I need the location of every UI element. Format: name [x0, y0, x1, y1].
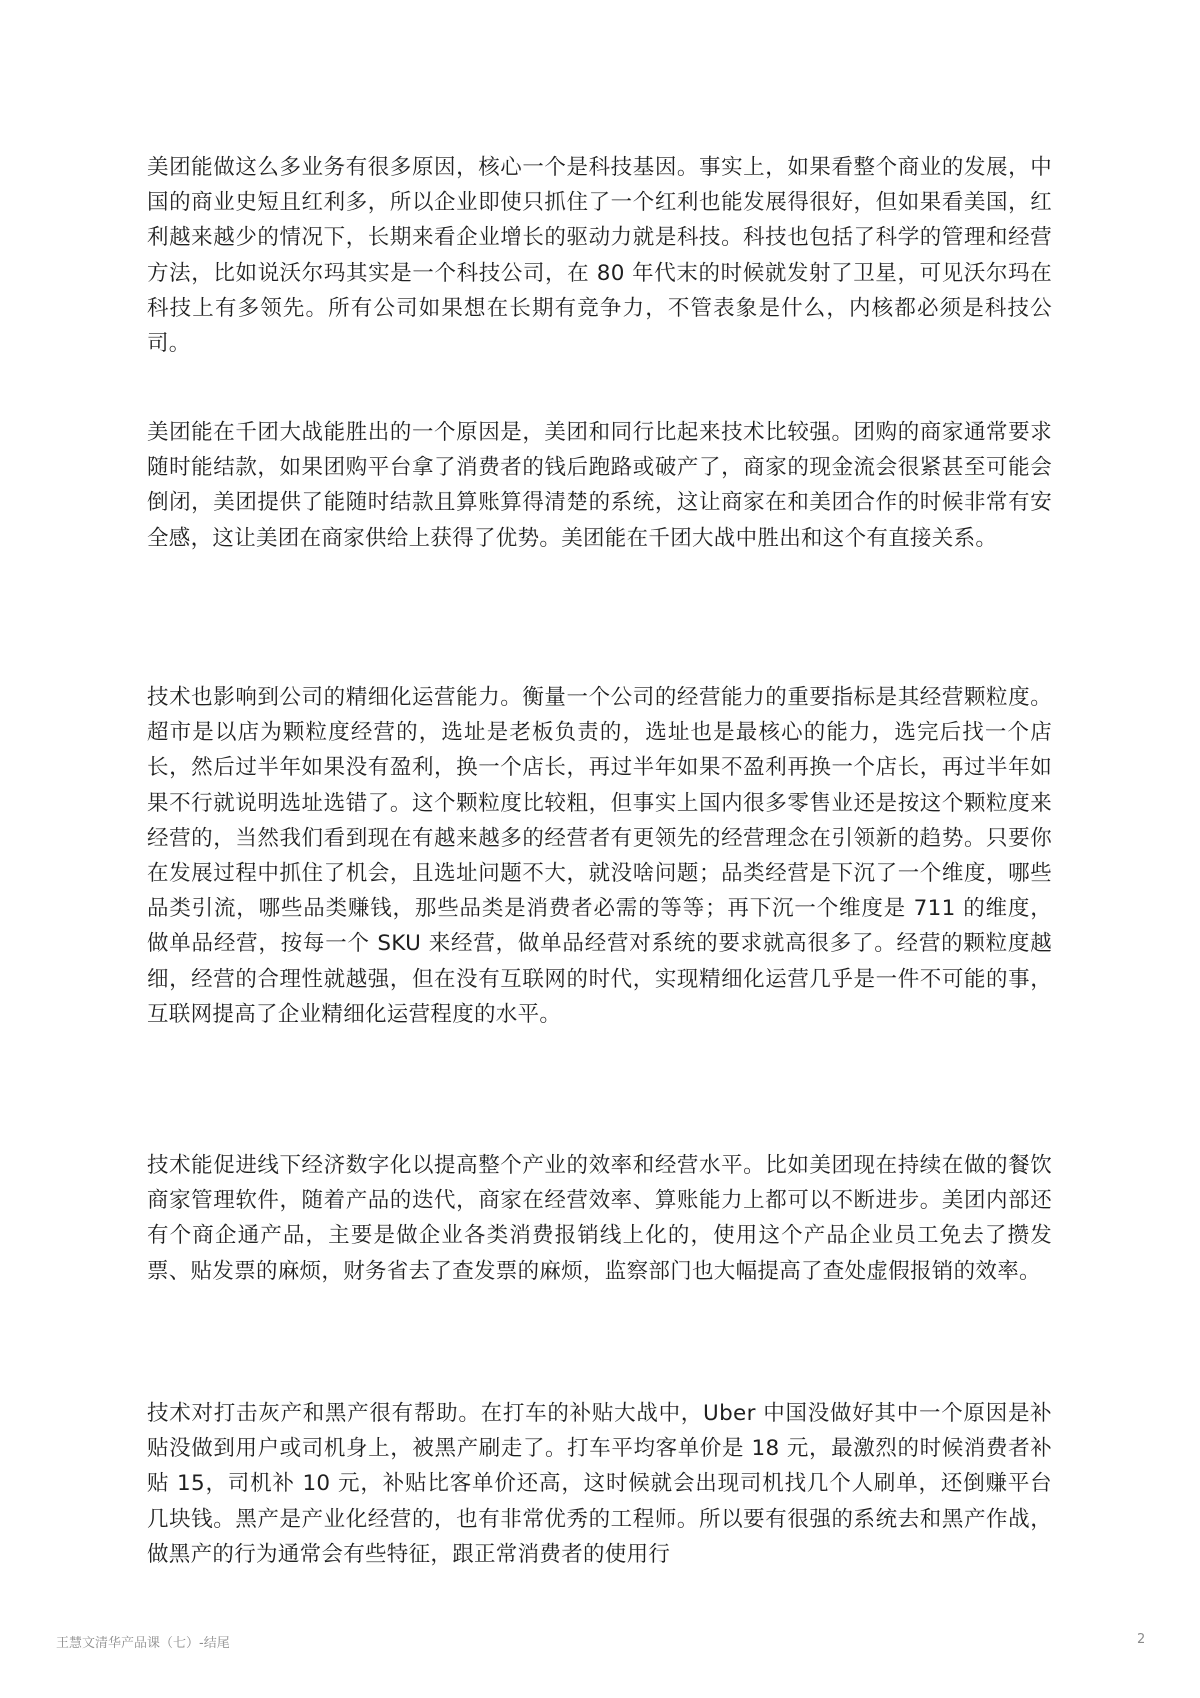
paragraph-tech-gene: 美团能做这么多业务有很多原因，核心一个是科技基因。事实上，如果看整个商业的发展，…	[147, 150, 1052, 361]
footer-document-title: 王慧文清华产品课（七）-结尾	[56, 1632, 230, 1651]
document-page: 美团能做这么多业务有很多原因，核心一个是科技基因。事实上，如果看整个商业的发展，…	[0, 0, 1200, 1698]
paragraph-digitalization: 技术能促进线下经济数字化以提高整个产业的效率和经营水平。比如美团现在持续在做的餐…	[147, 1148, 1052, 1289]
paragraph-group-buying-war: 美团能在千团大战能胜出的一个原因是，美团和同行比起来技术比较强。团购的商家通常要…	[147, 415, 1052, 556]
footer-page-number: 2	[1137, 1632, 1145, 1647]
paragraph-black-market: 技术对打击灰产和黑产很有帮助。在打车的补贴大战中，Uber 中国没做好其中一个原…	[147, 1396, 1052, 1572]
paragraph-refined-operations: 技术也影响到公司的精细化运营能力。衡量一个公司的经营能力的重要指标是其经营颗粒度…	[147, 680, 1052, 1032]
